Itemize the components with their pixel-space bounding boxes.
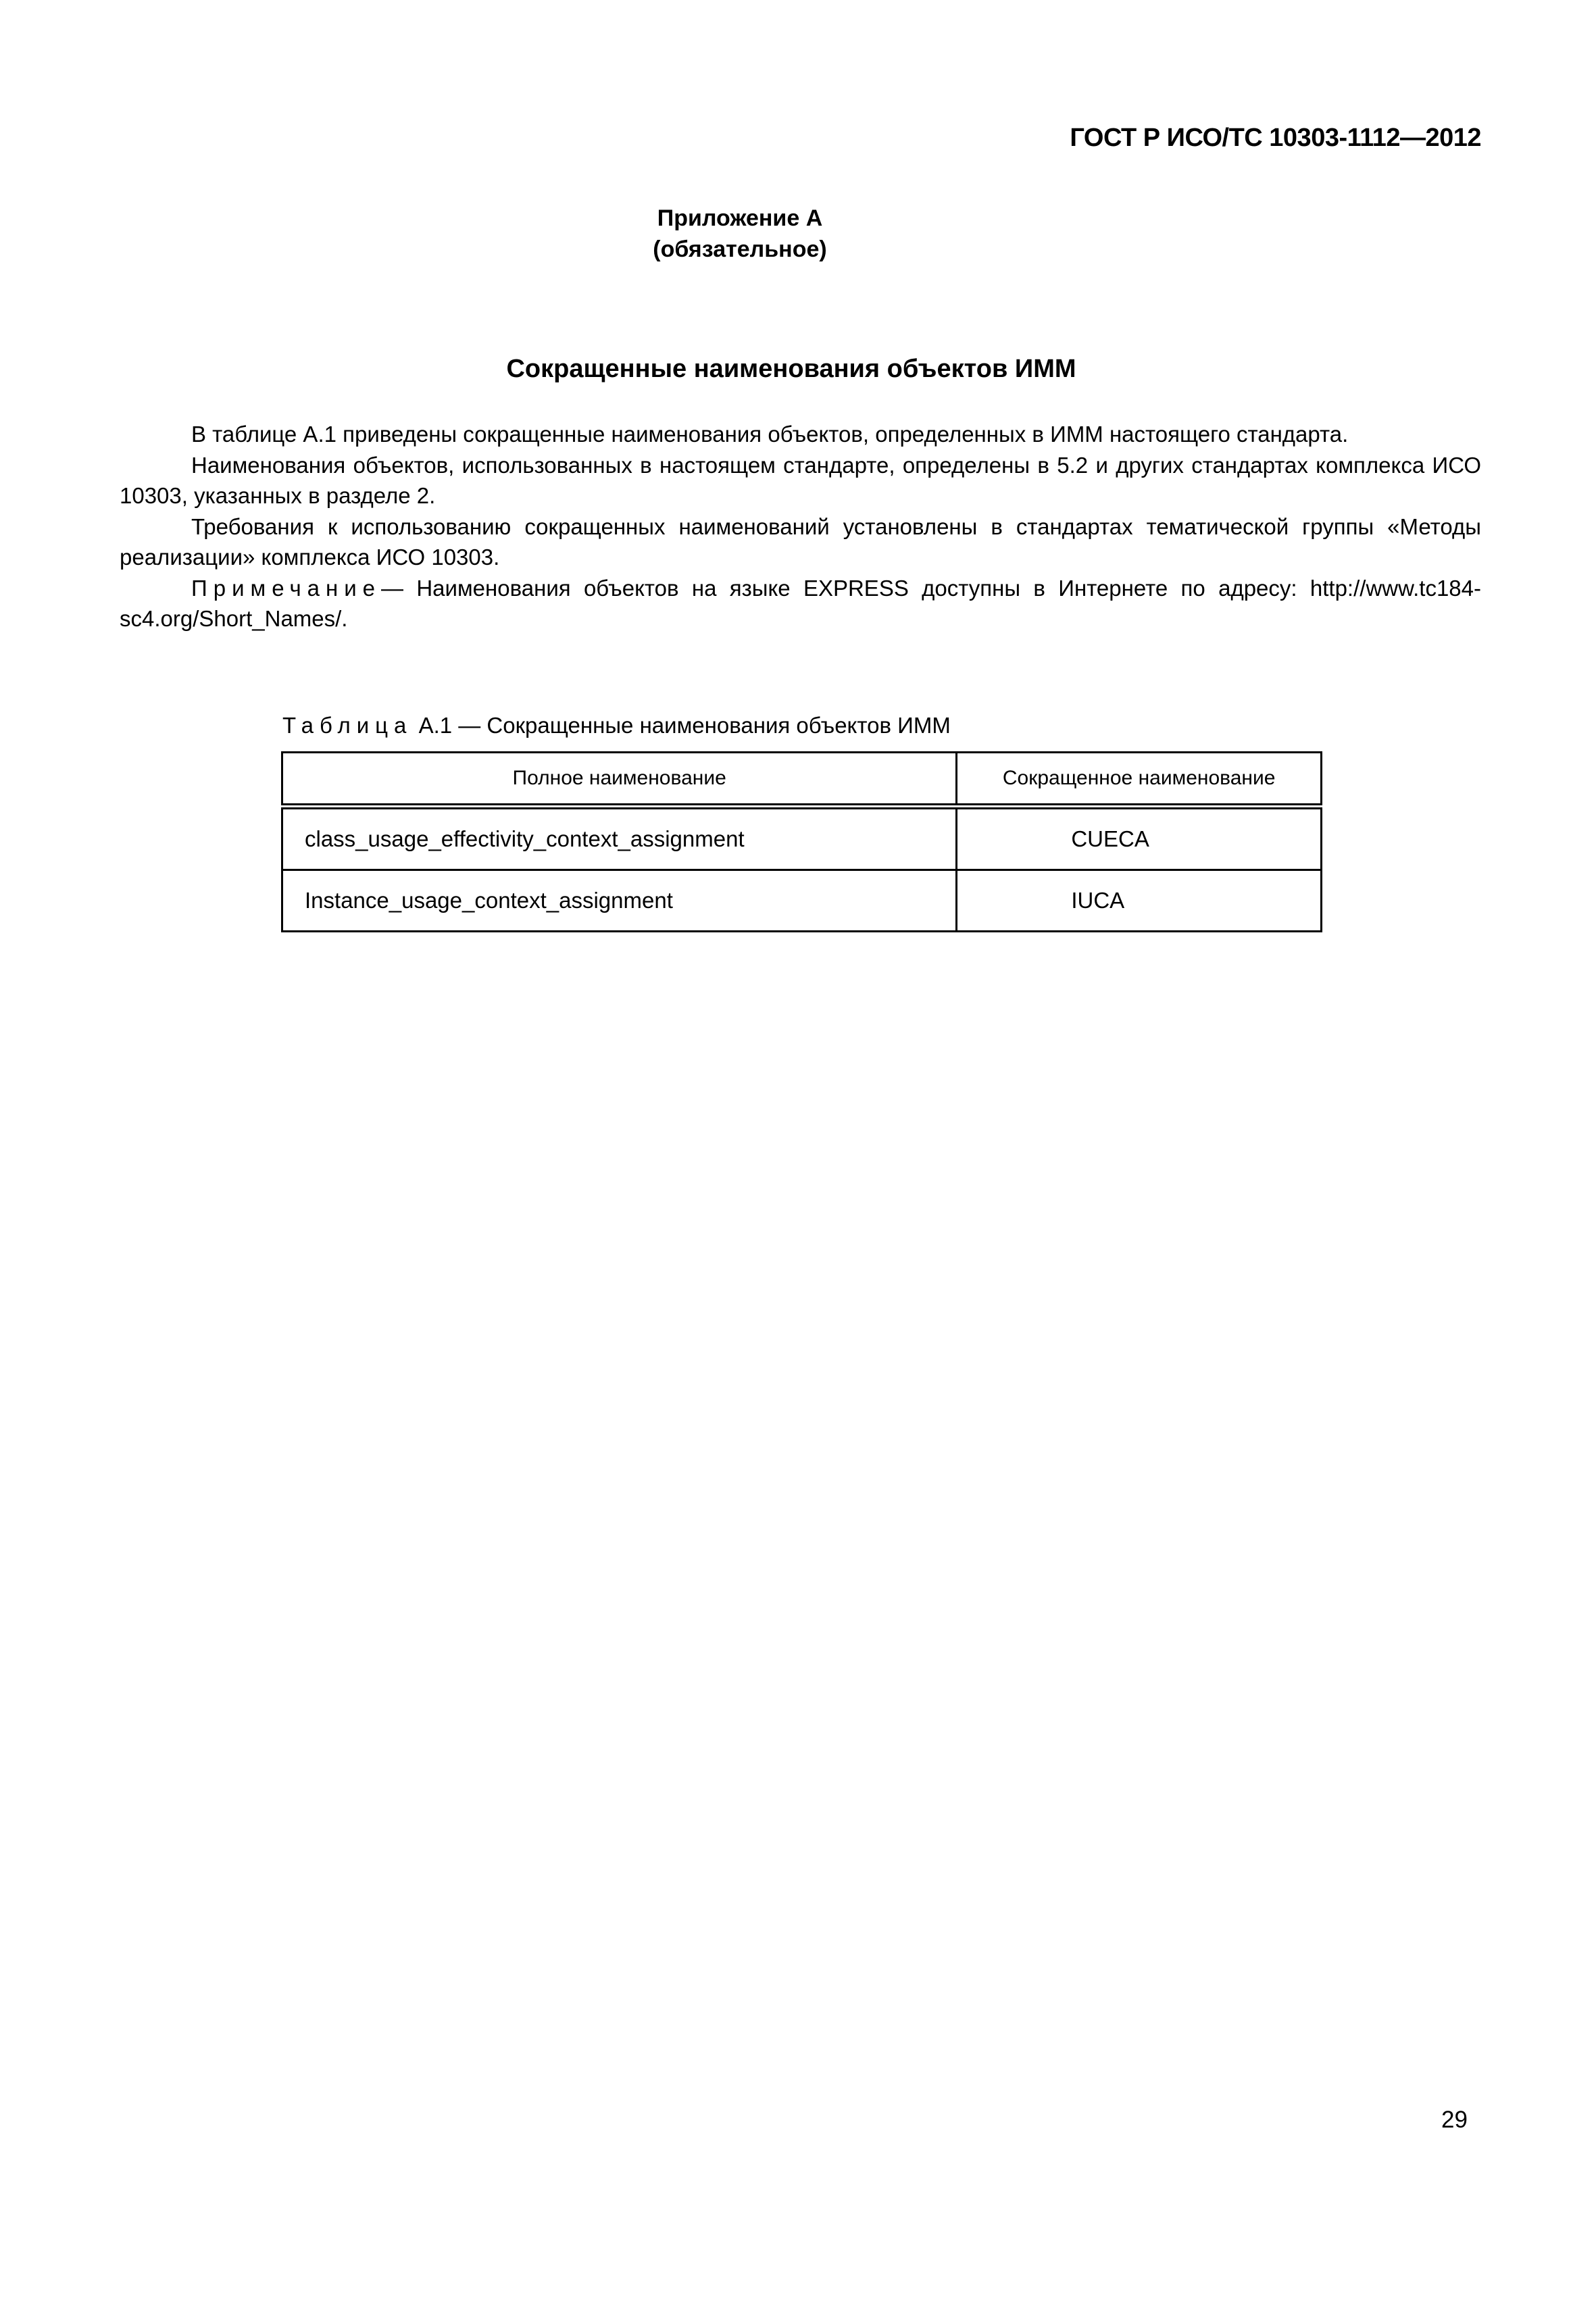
short-names-table: Полное наименование Сокращенное наименов…	[281, 751, 1322, 932]
annex-title: Приложение А	[0, 203, 1596, 234]
short-name-cell: CUECA	[957, 807, 1322, 870]
note-dash: —	[381, 576, 403, 601]
table-caption: Таблица А.1 — Сокращенные наименования о…	[282, 713, 951, 738]
paragraph: Требования к использованию сокращенных н…	[120, 511, 1481, 573]
table-caption-label: Таблица	[282, 713, 412, 738]
table-row: Instance_usage_context_assignment IUCA	[282, 870, 1322, 932]
page-number: 29	[1441, 2107, 1468, 2134]
table-header-row: Полное наименование Сокращенное наименов…	[282, 753, 1322, 807]
document-code: ГОСТ Р ИСО/ТС 10303-1112—2012	[1070, 124, 1481, 153]
annex-heading: Приложение А (обязательное)	[0, 203, 1596, 265]
paragraph: Наименования объектов, использованных в …	[120, 450, 1481, 511]
table-caption-text: А.1 — Сокращенные наименования объектов …	[419, 713, 951, 738]
short-name-cell: IUCA	[957, 870, 1322, 932]
full-name-cell: class_usage_effectivity_context_assignme…	[282, 807, 957, 870]
header-short-name: Сокращенное наименование	[957, 753, 1322, 807]
full-name-cell: Instance_usage_context_assignment	[282, 870, 957, 932]
body-text: В таблице А.1 приведены сокращенные наим…	[120, 419, 1481, 634]
annex-status: (обязательное)	[0, 234, 1596, 265]
header-full-name: Полное наименование	[282, 753, 957, 807]
note: Примечание— Наименования объектов на язы…	[120, 573, 1481, 634]
note-label: Примечание	[191, 576, 381, 601]
section-title: Сокращенные наименования объектов ИММ	[0, 355, 1589, 384]
table-row: class_usage_effectivity_context_assignme…	[282, 807, 1322, 870]
paragraph: В таблице А.1 приведены сокращенные наим…	[120, 419, 1481, 450]
